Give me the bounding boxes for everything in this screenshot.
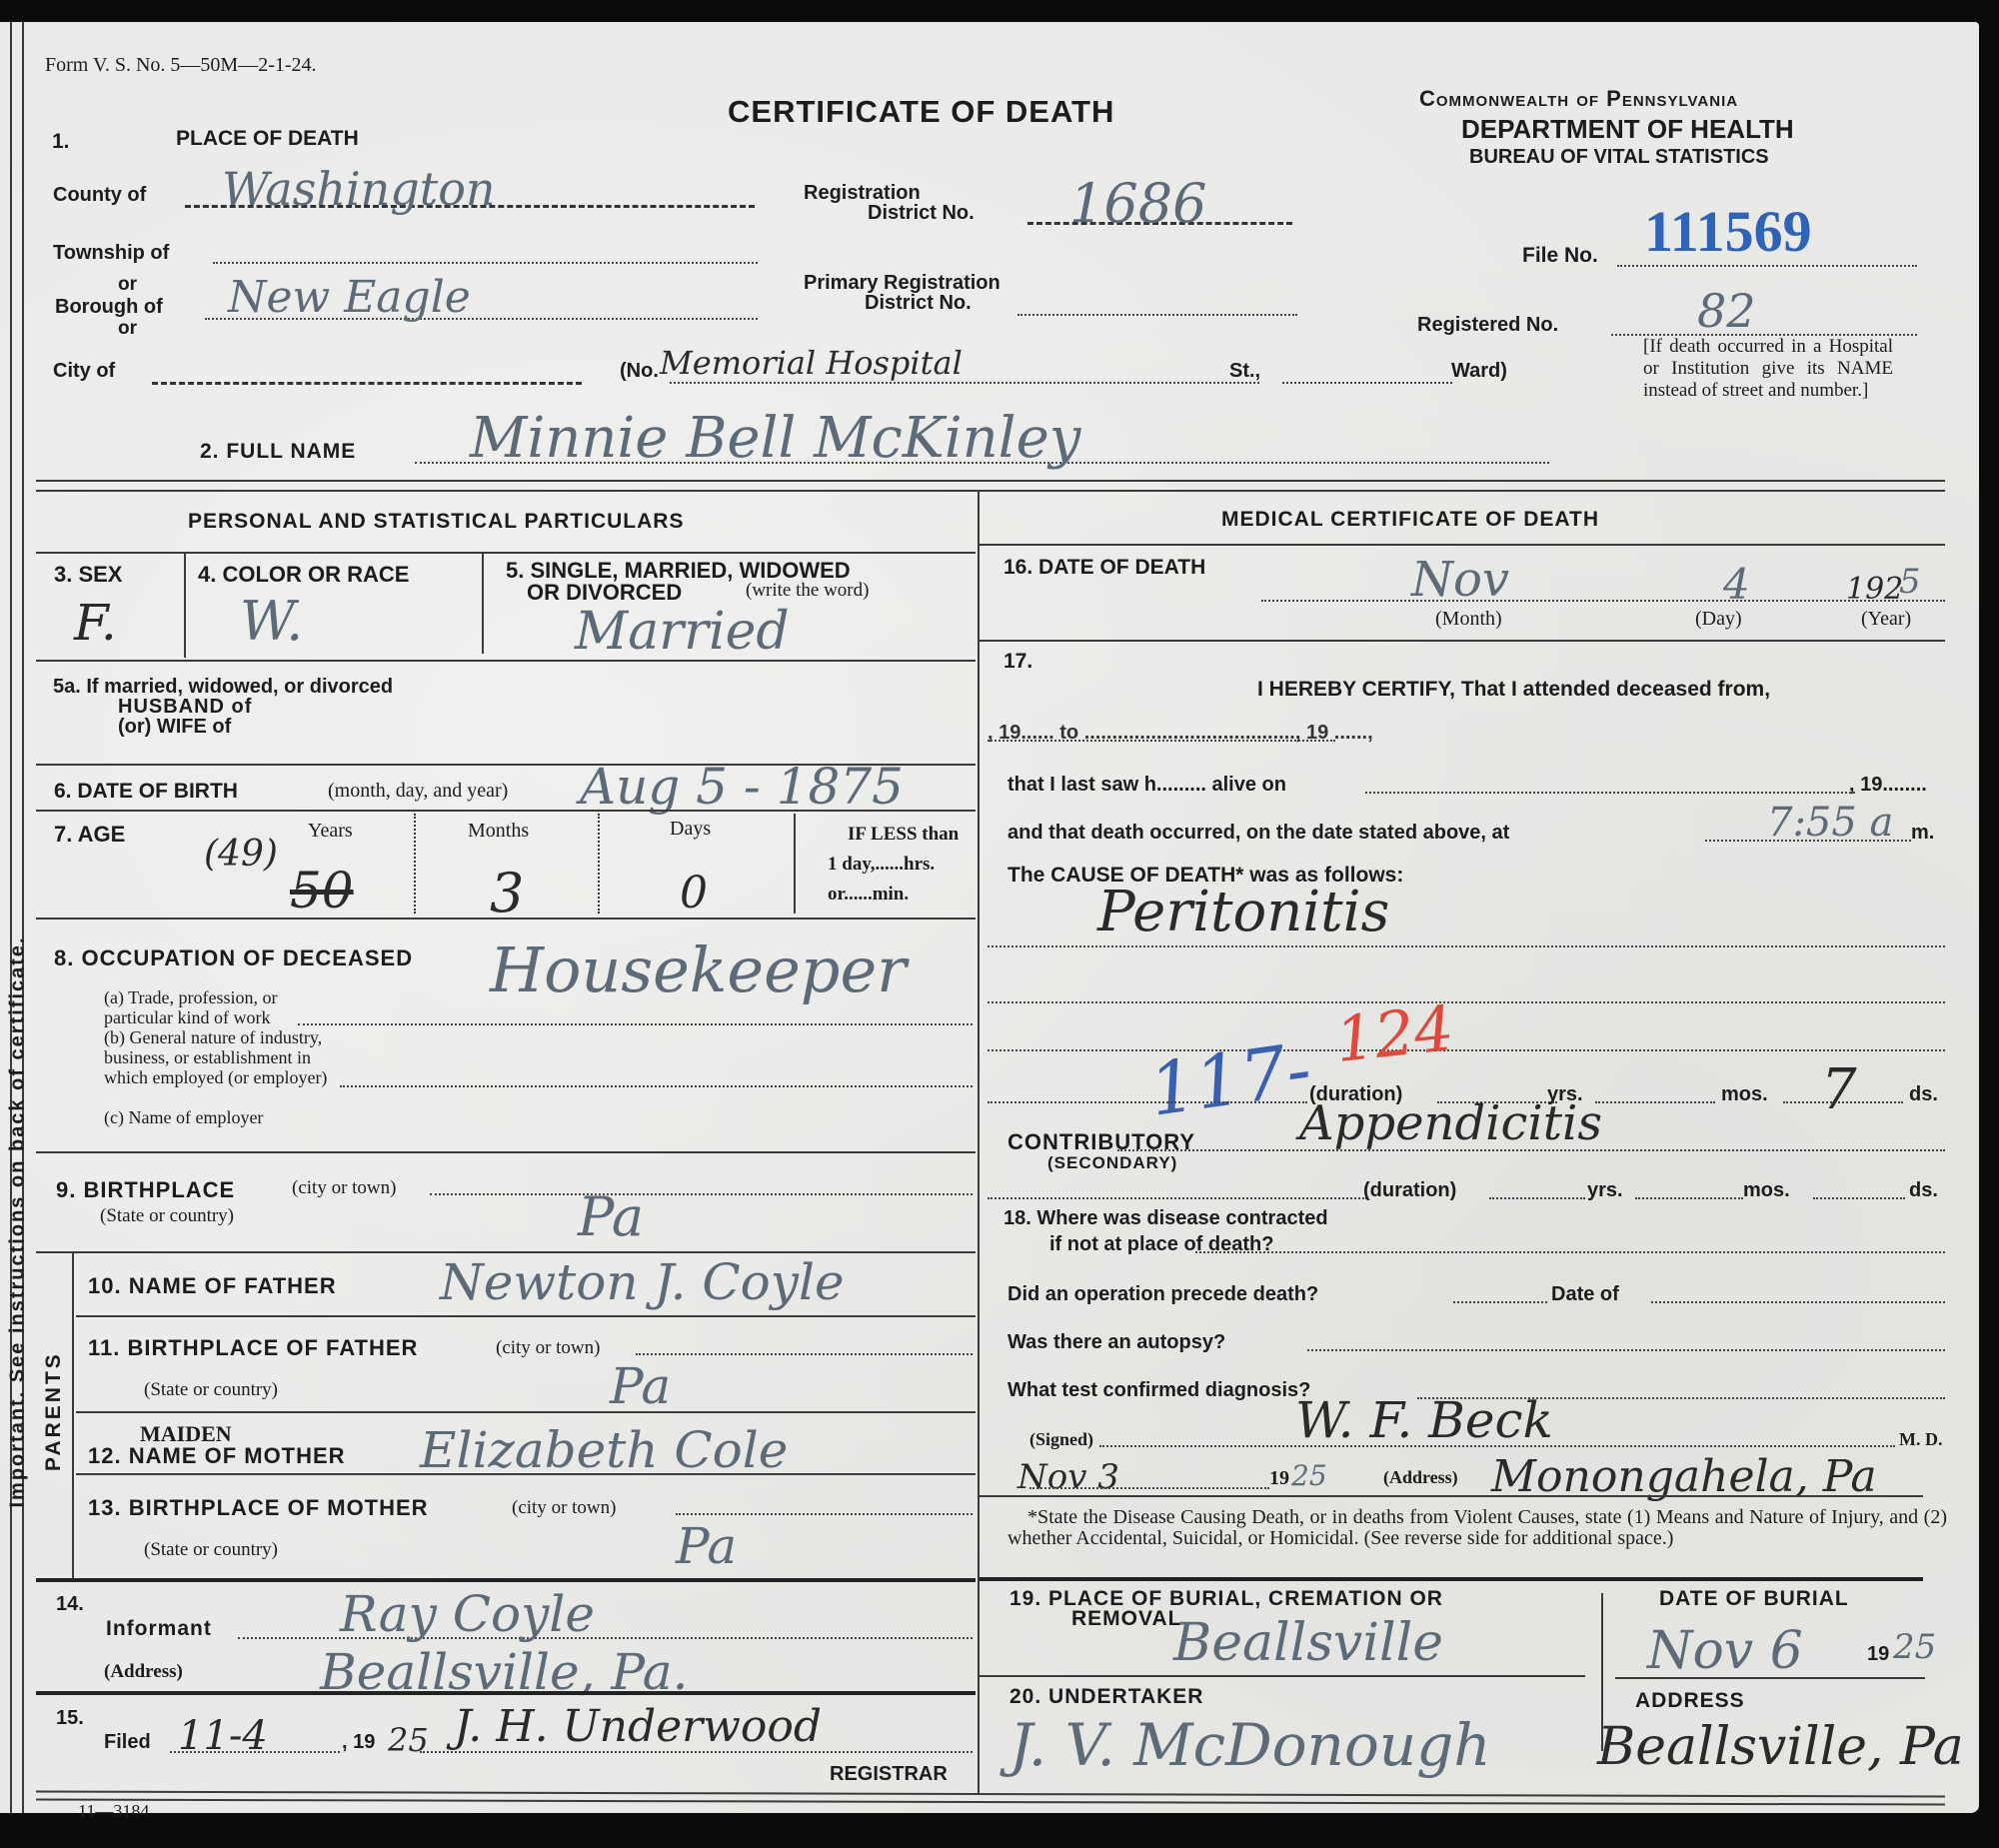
- parents-label: PARENTS: [42, 1371, 66, 1471]
- months-label-2: mos.: [1743, 1179, 1790, 1202]
- divider: [76, 1411, 976, 1413]
- months-label: mos.: [1721, 1083, 1768, 1106]
- duration-days-value[interactable]: 7: [1821, 1057, 1857, 1122]
- side-instructions-note: Important. See instructions on back of c…: [7, 948, 30, 1508]
- registered-number-value[interactable]: 82: [1697, 284, 1756, 338]
- ward-label: Ward): [1451, 360, 1507, 383]
- form-number: Form V. S. No. 5—50M—2-1-24.: [45, 54, 317, 77]
- birthplace-city-note: (city or town): [292, 1177, 396, 1199]
- divider: [76, 1315, 976, 1317]
- marital-status-value[interactable]: Married: [575, 602, 790, 662]
- burial-year-value[interactable]: 25: [1893, 1627, 1936, 1667]
- mother-birthplace-line: [676, 1513, 973, 1515]
- divider: [980, 1675, 1585, 1677]
- date-of-death-day[interactable]: 4: [1723, 560, 1750, 609]
- issuer-commonwealth: Commonwealth of Pennsylvania: [1419, 86, 1738, 112]
- cell-divider: [184, 554, 186, 658]
- occupation-b-label-2: business, or establishment in: [104, 1047, 311, 1068]
- sex-label: 3. SEX: [54, 562, 122, 588]
- filed-date-value[interactable]: 11-4: [178, 1713, 268, 1759]
- personal-heading: PERSONAL AND STATISTICAL PARTICULARS: [188, 510, 684, 534]
- divider: [36, 810, 976, 812]
- city-line: [152, 382, 582, 385]
- operation-date-label: Date of: [1551, 1283, 1619, 1306]
- duration-line: [988, 1197, 1367, 1199]
- occupation-b-label-3: which employed (or employer): [104, 1067, 327, 1088]
- race-value[interactable]: W.: [240, 590, 303, 653]
- age-months-label: Months: [468, 820, 529, 843]
- occupation-a-label-2: particular kind of work: [104, 1007, 270, 1028]
- bottom-divider: [36, 1790, 1945, 1797]
- burial-year-prefix: 19: [1867, 1643, 1889, 1666]
- divider: [36, 918, 976, 920]
- filed-year-prefix: 19: [353, 1731, 375, 1753]
- certify-number: 17.: [1003, 650, 1032, 674]
- operation-label: Did an operation precede death?: [1007, 1283, 1318, 1306]
- autopsy-line: [1307, 1349, 1945, 1351]
- registrar-label: REGISTRAR: [830, 1763, 948, 1786]
- father-birthplace-value[interactable]: Pa: [610, 1357, 671, 1415]
- age-label: 7. AGE: [54, 822, 125, 848]
- cause-footnote: *State the Disease Causing Death, or in …: [1007, 1507, 1947, 1549]
- classification-code-blue: 117-: [1144, 1026, 1316, 1132]
- cell-divider: [414, 814, 416, 914]
- divider: [980, 640, 1945, 642]
- occupation-a-label: (a) Trade, profession, or: [104, 987, 277, 1008]
- father-name-value[interactable]: Newton J. Coyle: [440, 1253, 845, 1311]
- borough-value[interactable]: New Eagle: [228, 272, 471, 323]
- disease-contracted-line: [1195, 1251, 1945, 1253]
- date-of-death-year-prefix: 192: [1846, 572, 1903, 607]
- mother-birthplace-state-note: (State or country): [144, 1539, 278, 1561]
- section-number: 1.: [52, 130, 70, 154]
- occupation-c-label: (c) Name of employer: [104, 1107, 263, 1128]
- institution-value[interactable]: Memorial Hospital: [660, 344, 963, 382]
- marital-status-note: (write the word): [746, 580, 869, 602]
- city-label: City of: [53, 360, 115, 383]
- father-birthplace-state-note: (State or country): [144, 1379, 278, 1401]
- divider: [980, 544, 1945, 546]
- mother-birthplace-label: 13. BIRTHPLACE OF MOTHER: [88, 1495, 429, 1521]
- form-code: 11—3184: [78, 1801, 149, 1822]
- occupation-b-line: [340, 1085, 973, 1087]
- township-line: [213, 262, 758, 264]
- death-occurred-label: and that death occurred, on the date sta…: [1007, 822, 1509, 845]
- age-years-value[interactable]: 50: [290, 862, 354, 920]
- mother-birthplace-city-note: (city or town): [512, 1497, 616, 1519]
- undertaker-value[interactable]: J. V. McDonough: [1009, 1711, 1491, 1779]
- last-saw-year: , 19........: [1849, 774, 1927, 797]
- informant-label: Informant: [106, 1617, 212, 1641]
- issuer-bureau: BUREAU OF VITAL STATISTICS: [1469, 146, 1769, 169]
- undertaker-address-label: ADDRESS: [1635, 1689, 1745, 1713]
- secondary-label: (SECONDARY): [1047, 1153, 1177, 1173]
- attended-from-line: [988, 740, 1335, 742]
- father-birthplace-city-note: (city or town): [496, 1337, 600, 1359]
- divider: [36, 552, 976, 554]
- days-label-2: ds.: [1909, 1179, 1938, 1202]
- divider: [980, 1577, 1923, 1581]
- divider: [1615, 1677, 1925, 1679]
- county-value[interactable]: Washington: [222, 162, 496, 216]
- filed-label: Filed: [104, 1731, 151, 1754]
- filed-number: 15.: [56, 1707, 84, 1730]
- death-certificate: Important. See instructions on back of c…: [0, 22, 1979, 1813]
- mother-name-label: 12. NAME OF MOTHER: [88, 1443, 346, 1469]
- date-of-death-line: [1261, 600, 1945, 602]
- full-name-label: 2. FULL NAME: [200, 440, 356, 464]
- occupation-value[interactable]: Housekeeper: [490, 933, 907, 1006]
- cause-line: [988, 1049, 1945, 1051]
- borough-label: Borough of: [55, 296, 163, 319]
- cause-of-death-value[interactable]: Peritonitis: [1097, 880, 1389, 944]
- day-label: (Day): [1695, 608, 1742, 631]
- duration-label-2: (duration): [1363, 1179, 1456, 1202]
- date-of-death-label: 16. DATE OF DEATH: [1003, 556, 1205, 580]
- father-birthplace-line: [636, 1353, 973, 1355]
- contributory-value[interactable]: Appendicitis: [1299, 1095, 1602, 1151]
- less-than-minutes: or......min.: [828, 884, 909, 906]
- age-months-value[interactable]: 3: [490, 862, 524, 924]
- dob-label: 6. DATE OF BIRTH: [54, 780, 238, 804]
- registered-number-label: Registered No.: [1417, 314, 1558, 337]
- registrar-signature[interactable]: J. H. Underwood: [454, 1701, 822, 1752]
- test-confirmed-label: What test confirmed diagnosis?: [1007, 1379, 1310, 1402]
- primary-district-label: District No.: [865, 292, 972, 315]
- undertaker-label: 20. UNDERTAKER: [1009, 1685, 1203, 1709]
- md-label: M. D.: [1899, 1429, 1943, 1450]
- last-saw-label: that I last saw h......... alive on: [1007, 774, 1286, 797]
- divider: [980, 1495, 1923, 1497]
- informant-value[interactable]: Ray Coyle: [340, 1585, 595, 1643]
- divider: [36, 660, 976, 662]
- disease-contracted-label: 18. Where was disease contracted: [1003, 1207, 1328, 1230]
- divider: [36, 1578, 976, 1582]
- classification-code-red: 124: [1332, 991, 1457, 1076]
- undertaker-address-value[interactable]: Beallsville, Pa: [1597, 1717, 1964, 1777]
- days-label: ds.: [1909, 1083, 1938, 1106]
- cell-divider: [482, 554, 484, 654]
- cause-line: [988, 945, 1945, 947]
- file-number-value[interactable]: 111569: [1644, 198, 1812, 265]
- last-saw-line: [1365, 792, 1855, 794]
- parents-bracket: [72, 1253, 74, 1578]
- registration-district-label-2: District No.: [868, 202, 975, 225]
- occupation-a-line: [298, 1023, 973, 1025]
- street-line: [670, 382, 1259, 384]
- burial-place-value[interactable]: Beallsville: [1173, 1613, 1443, 1673]
- duration-months-line: [1595, 1101, 1715, 1103]
- mother-birthplace-value[interactable]: Pa: [676, 1517, 737, 1575]
- date-of-death-year-value[interactable]: 5: [1899, 562, 1921, 602]
- signed-label: (Signed): [1029, 1429, 1093, 1450]
- contributory-label: CONTRIBUTORY: [1007, 1129, 1195, 1155]
- divider: [36, 490, 1945, 492]
- or-label: or: [118, 274, 137, 296]
- duration-months-line-2: [1635, 1197, 1743, 1199]
- sex-value[interactable]: F.: [74, 594, 117, 652]
- or-label: or: [118, 318, 137, 340]
- age-years-note[interactable]: (49): [204, 834, 278, 875]
- year-label: (Year): [1861, 608, 1911, 631]
- medical-heading: MEDICAL CERTIFICATE OF DEATH: [1221, 508, 1599, 532]
- birthplace-label: 9. BIRTHPLACE: [56, 1177, 235, 1203]
- burial-date-label: DATE OF BURIAL: [1659, 1587, 1849, 1611]
- father-birthplace-label: 11. BIRTHPLACE OF FATHER: [88, 1335, 418, 1361]
- month-label: (Month): [1435, 608, 1502, 631]
- birthplace-line: [430, 1193, 973, 1195]
- divider: [36, 1691, 976, 1695]
- sign-year-prefix: 19: [1269, 1467, 1289, 1490]
- father-name-label: 10. NAME OF FATHER: [88, 1273, 337, 1299]
- bottom-divider: [36, 1798, 1945, 1805]
- page-title: CERTIFICATE OF DEATH: [728, 94, 1114, 130]
- street-number-label: (No.: [620, 360, 659, 383]
- county-label: County of: [53, 184, 146, 207]
- primary-district-line: [1017, 314, 1297, 316]
- physician-address-label: (Address): [1383, 1467, 1458, 1488]
- street-label: St.,: [1229, 360, 1260, 383]
- race-label: 4. COLOR OR RACE: [198, 562, 409, 588]
- cell-divider: [794, 814, 796, 914]
- age-years-label: Years: [308, 820, 353, 843]
- less-than-hours: 1 day,......hrs.: [828, 854, 935, 876]
- physician-signature[interactable]: W. F. Beck: [1295, 1391, 1553, 1449]
- occupation-label: 8. OCCUPATION OF DECEASED: [54, 945, 413, 971]
- autopsy-label: Was there an autopsy?: [1007, 1331, 1225, 1354]
- death-time-value[interactable]: 7:55 a: [1767, 800, 1893, 846]
- birthplace-state-note: (State or country): [100, 1205, 234, 1227]
- dob-value[interactable]: Aug 5 - 1875: [580, 758, 904, 816]
- age-days-value[interactable]: 0: [680, 868, 708, 919]
- death-time-suffix: m.: [1911, 822, 1934, 845]
- duration-days-line-2: [1813, 1197, 1905, 1199]
- township-label: Township of: [53, 242, 169, 265]
- certify-text: I HEREBY CERTIFY, That I attended deceas…: [1257, 678, 1770, 702]
- registration-district-value[interactable]: 1686: [1069, 172, 1206, 235]
- duration-years-line-2: [1489, 1197, 1585, 1199]
- dob-note: (month, day, and year): [328, 780, 508, 803]
- spouse-wife-label: (or) WIFE of: [118, 716, 231, 739]
- divider: [36, 480, 1945, 482]
- place-of-death-heading: PLACE OF DEATH: [176, 127, 359, 151]
- filed-year-value[interactable]: 25: [388, 1721, 429, 1759]
- duration-line: [988, 1101, 1307, 1103]
- occupation-b-label: (b) General nature of industry,: [104, 1027, 322, 1048]
- age-days-label: Days: [670, 818, 711, 841]
- date-of-death-month[interactable]: Nov: [1411, 552, 1509, 608]
- issuer-department: DEPARTMENT OF HEALTH: [1461, 114, 1794, 145]
- cause-line: [988, 1001, 1945, 1003]
- burial-place-label-2: REMOVAL: [1071, 1607, 1181, 1631]
- informant-address-label: (Address): [104, 1661, 183, 1683]
- operation-date-line: [1651, 1301, 1945, 1303]
- file-number-line: [1617, 265, 1917, 267]
- divider: [76, 1473, 976, 1475]
- full-name-value[interactable]: Minnie Bell McKinley: [470, 406, 1080, 471]
- informant-number: 14.: [56, 1593, 84, 1616]
- operation-line: [1453, 1301, 1547, 1303]
- cell-divider: [598, 814, 600, 914]
- registered-number-line: [1611, 334, 1917, 336]
- mother-name-value[interactable]: Elizabeth Cole: [420, 1421, 788, 1479]
- years-label-2: yrs.: [1587, 1179, 1623, 1202]
- divider: [36, 1151, 976, 1153]
- margin-line: [22, 22, 24, 1813]
- sign-date-value[interactable]: Nov 3: [1017, 1457, 1119, 1497]
- less-than-label: IF LESS than: [848, 824, 959, 846]
- birthplace-value[interactable]: Pa: [578, 1185, 644, 1248]
- burial-date-value[interactable]: Nov 6: [1647, 1621, 1803, 1681]
- hospital-note: [If death occurred in a Hospital or Inst…: [1643, 336, 1893, 402]
- sign-date-line: [1029, 1487, 1269, 1489]
- file-number-label: File No.: [1522, 244, 1598, 268]
- margin-line: [10, 22, 12, 1813]
- ward-line: [1282, 382, 1452, 384]
- sign-year-value[interactable]: 25: [1291, 1459, 1327, 1492]
- column-divider: [978, 490, 980, 1794]
